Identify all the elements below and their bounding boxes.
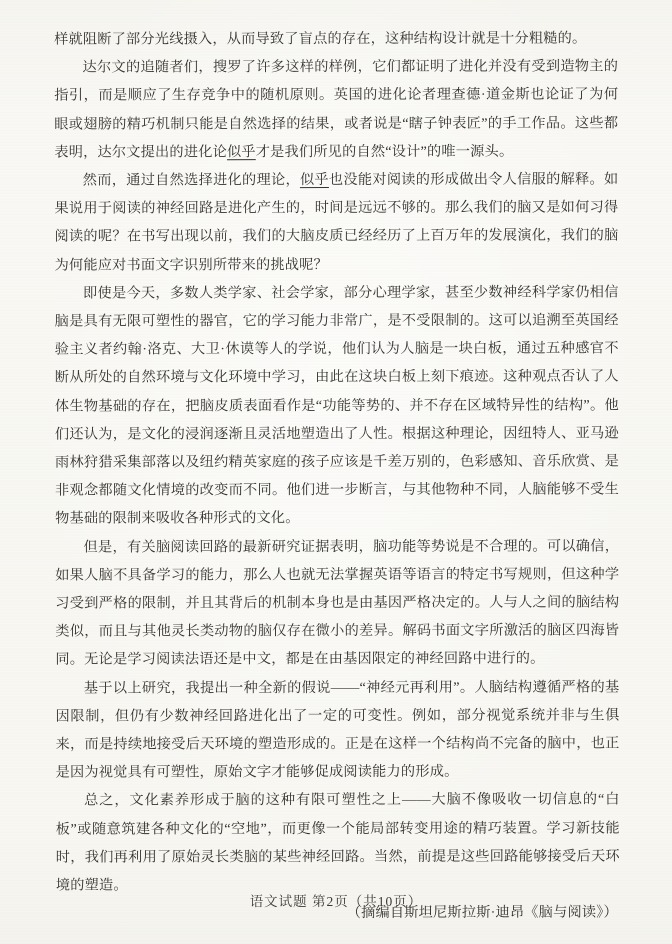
paragraph-4: 即使是今天，多数人类学家、社会学家，部分心理学家，甚至少数神经科学家仍相信脑是具… <box>55 278 620 533</box>
paragraph-6: 基于以上研究，我提出一种全新的假说——“神经元再利用”。人脑结构遵循严格的基因限… <box>55 673 619 787</box>
paragraph-1: 样就阻断了部分光线摄入，从而导致了盲点的存在，这种结构设计就是十分粗糙的。 <box>54 24 618 53</box>
underlined-term: 似乎 <box>300 172 329 188</box>
text-segment: 样就阻断了部分光线摄入，从而导致了盲点的存在，这种结构设计就是十分粗糙的。 <box>54 30 586 47</box>
underlined-term: 似乎 <box>227 144 256 160</box>
paragraph-5: 但是，有关脑阅读回路的最新研究证据表明，脑功能等势说是不合理的。可以确信，如果人… <box>55 532 619 674</box>
paragraph-7: 总之，文化素养形成于脑的这种有限可塑性之上——大脑不像吸收一切信息的“白板”或随… <box>56 786 620 900</box>
text-segment: 即使是今天，多数人类学家、社会学家，部分心理学家，甚至少数神经科学家仍相信脑是具… <box>55 284 619 527</box>
text-segment: 但是，有关脑阅读回路的最新研究证据表明，脑功能等势说是不合理的。可以确信，如果人… <box>55 538 619 668</box>
reading-passage: 样就阻断了部分光线摄入，从而导致了盲点的存在，这种结构设计就是十分粗糙的。达尔文… <box>54 24 620 928</box>
page-footer: 语文试题 第2页（共10页） <box>0 890 672 910</box>
paragraph-2: 达尔文的追随者们，搜罗了许多这样的样例，它们都证明了进化并没有受到造物主的指引，… <box>54 53 618 167</box>
exam-page: 样就阻断了部分光线摄入，从而导致了盲点的存在，这种结构设计就是十分粗糙的。达尔文… <box>0 0 672 944</box>
text-segment: 基于以上研究，我提出一种全新的假说——“神经元再利用”。人脑结构遵循严格的基因限… <box>55 679 619 781</box>
text-segment: 才是我们所见的自然“设计”的唯一源头。 <box>256 143 514 160</box>
text-segment: 然而，通过自然选择进化的理论， <box>83 172 300 188</box>
passage-paragraphs: 样就阻断了部分光线摄入，从而导致了盲点的存在，这种结构设计就是十分粗糙的。达尔文… <box>54 24 620 899</box>
paragraph-3: 然而，通过自然选择进化的理论，似乎也没能对阅读的形成做出令人信服的解释。如果说用… <box>54 165 618 279</box>
text-segment: 总之，文化素养形成于脑的这种有限可塑性之上——大脑不像吸收一切信息的“白板”或随… <box>56 792 620 894</box>
